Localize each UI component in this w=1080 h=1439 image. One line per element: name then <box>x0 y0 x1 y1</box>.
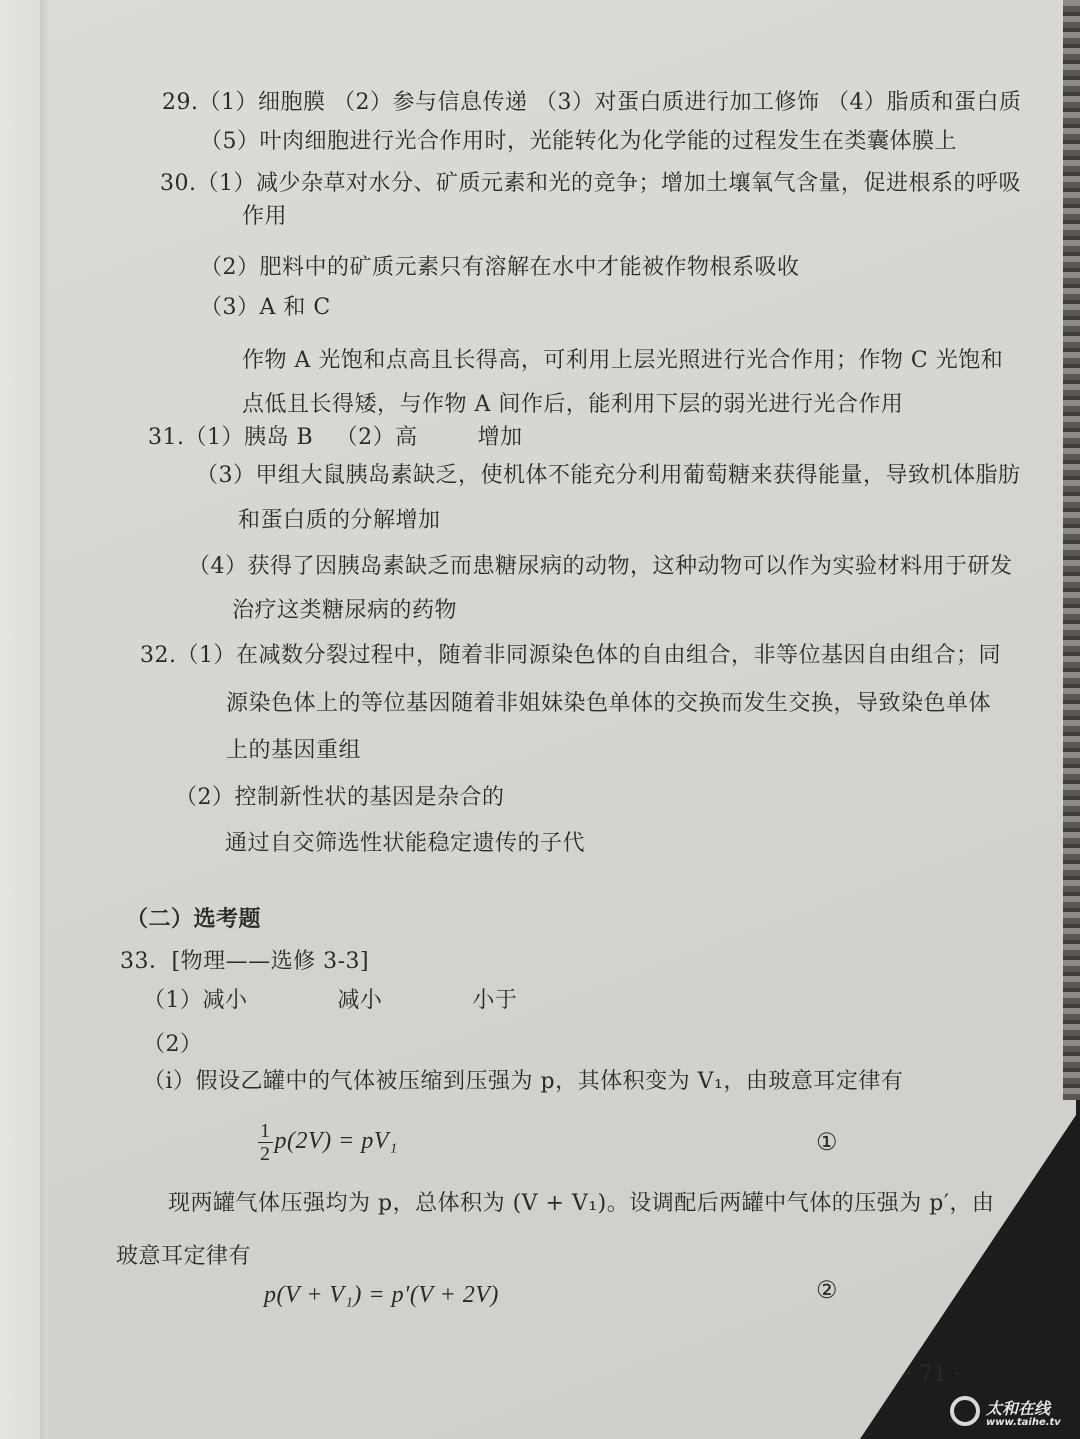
watermark-logo-icon <box>950 1396 980 1426</box>
q31-part4-line2: 治疗这类糖尿病的药物 <box>232 600 457 622</box>
q33-title: 33．[物理——选修 3-3] <box>120 951 369 973</box>
q33-text2-line2: 玻意耳定律有 <box>116 1246 251 1268</box>
q31-line1: 31.（1）胰岛 B （2）高 增加 <box>148 427 523 449</box>
background-right-texture <box>1063 0 1080 1100</box>
q31-part3-line2: 和蛋白质的分解增加 <box>238 510 441 532</box>
watermark-url: www.taihe.tv <box>986 1417 1061 1428</box>
q30-part3-line2: 点低且长得矮，与作物 A 间作后，能利用下层的弱光进行光合作用 <box>242 394 903 416</box>
q32-part2-line2: 通过自交筛选性状能稳定遗传的子代 <box>225 833 585 855</box>
section-title-elective: （二）选考题 <box>126 908 261 930</box>
equation-1-body: p(2V) = pV₁ <box>275 1128 398 1154</box>
q33-part2-i-line: （i）假设乙罐中的气体被压缩到压强为 p，其体积变为 V₁，由玻意耳定律有 <box>143 1071 903 1093</box>
watermark-name: 太和在线 <box>986 1396 1050 1419</box>
equation-1: 1 2 p(2V) = pV₁ <box>258 1120 398 1165</box>
fraction-one-half: 1 2 <box>258 1120 273 1165</box>
q32-part1-line2: 源染色体上的等位基因随着非姐妹染色单体的交换而发生交换，导致染色单体 <box>226 693 991 715</box>
q30-part3-label: （3）A 和 C <box>200 297 331 319</box>
page-edge <box>40 0 48 1439</box>
q30-part1-line2: 作用 <box>242 206 287 228</box>
equation-2: p(V + V₁) = p′(V + 2V) <box>264 1283 499 1307</box>
q32-part1-line1: 32.（1）在减数分裂过程中，随着非同源染色体的自由组合，非等位基因自由组合；同 <box>140 645 1001 667</box>
q29-line2: （5）叶肉细胞进行光合作用时，光能转化为化学能的过程发生在类囊体膜上 <box>200 131 957 153</box>
equation-1-marker: ① <box>816 1128 838 1156</box>
q30-part2: （2）肥料中的矿质元素只有溶解在水中才能被作物根系吸收 <box>200 257 800 279</box>
watermark: 太和在线 www.taihe.tv <box>950 1396 1080 1436</box>
q32-part2-line1: （2）控制新性状的基因是杂合的 <box>175 787 505 809</box>
document-page <box>46 0 1076 1439</box>
q30-part3-line1: 作物 A 光饱和点高且长得高，可利用上层光照进行光合作用；作物 C 光饱和 <box>242 350 1003 372</box>
page-number: · 71 · <box>905 1362 961 1387</box>
q33-part1: （1）减小 减小 小于 <box>143 990 517 1012</box>
q31-part3-line1: （3）甲组大鼠胰岛素缺乏，使机体不能充分利用葡萄糖来获得能量，导致机体脂肪 <box>196 465 1021 487</box>
equation-2-marker: ② <box>816 1276 838 1304</box>
q32-part1-line3: 上的基因重组 <box>226 740 361 762</box>
q31-part4-line1: （4）获得了因胰岛素缺乏而患糖尿病的动物，这种动物可以作为实验材料用于研发 <box>188 556 1013 578</box>
q30-part1-line1: 30.（1）减少杂草对水分、矿质元素和光的竞争；增加土壤氧气含量，促进根系的呼吸 <box>160 173 1021 195</box>
q33-text2-line1: 现两罐气体压强均为 p，总体积为 (V + V₁)。设调配后两罐中气体的压强为 … <box>168 1193 994 1215</box>
q33-part2-label: （2） <box>143 1034 203 1056</box>
q29-line1: 29.（1）细胞膜 （2）参与信息传递 （3）对蛋白质进行加工修饰 （4）脂质和… <box>162 92 1021 114</box>
